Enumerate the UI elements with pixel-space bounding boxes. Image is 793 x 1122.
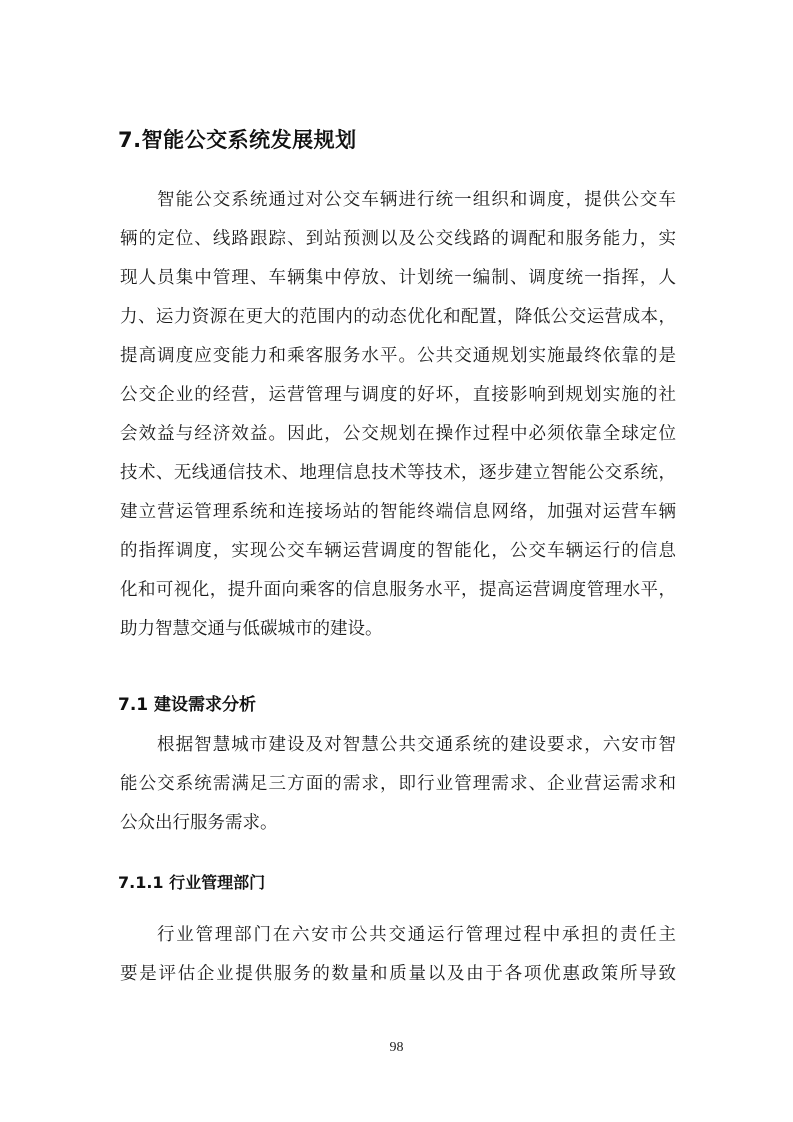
paragraph-line: 建立营运管理系统和连接场站的智能终端信息网络，加强对运营车辆 — [120, 500, 676, 524]
paragraph-line: 助力智慧交通与低碳城市的建设。 — [120, 617, 676, 641]
paragraph-line: 辆的定位、线路跟踪、到站预测以及公交线路的调配和服务能力，实 — [120, 227, 676, 251]
paragraph-line: 技术、无线通信技术、地理信息技术等技术，逐步建立智能公交系统， — [120, 461, 676, 485]
paragraph-line: 化和可视化，提升面向乘客的信息服务水平，提高运营调度管理水平， — [120, 578, 676, 602]
subsection-heading: 7.1.1 行业管理部门 — [118, 870, 265, 893]
section-heading: 7.1 建设需求分析 — [118, 690, 256, 715]
chapter-heading: 7.智能公交系统发展规划 — [118, 124, 357, 154]
page-number: 98 — [0, 1040, 793, 1056]
paragraph-line: 公众出行服务需求。 — [120, 811, 676, 835]
paragraph-line: 力、运力资源在更大的范围内的动态优化和配置，降低公交运营成本， — [120, 305, 676, 329]
paragraph-line: 会效益与经济效益。因此，公交规划在操作过程中必须依靠全球定位 — [120, 422, 676, 446]
paragraph-line: 智能公交系统通过对公交车辆进行统一组织和调度，提供公交车 — [157, 188, 676, 212]
paragraph-line: 行业管理部门在六安市公共交通运行管理过程中承担的责任主 — [157, 923, 676, 947]
paragraph-line: 的指挥调度，实现公交车辆运营调度的智能化，公交车辆运行的信息 — [120, 539, 676, 563]
paragraph-line: 提高调度应变能力和乘客服务水平。公共交通规划实施最终依靠的是 — [120, 344, 676, 368]
paragraph-line: 现人员集中管理、车辆集中停放、计划统一编制、调度统一指挥，人 — [120, 266, 676, 290]
paragraph-line: 要是评估企业提供服务的数量和质量以及由于各项优惠政策所导致 — [120, 962, 676, 986]
document-page: 7.智能公交系统发展规划 智能公交系统通过对公交车辆进行统一组织和调度，提供公交… — [0, 0, 793, 1122]
paragraph-line: 能公交系统需满足三方面的需求，即行业管理需求、企业营运需求和 — [120, 772, 676, 796]
paragraph-line: 根据智慧城市建设及对智慧公共交通系统的建设要求，六安市智 — [157, 733, 676, 757]
paragraph-line: 公交企业的经营，运营管理与调度的好坏，直接影响到规划实施的社 — [120, 383, 676, 407]
